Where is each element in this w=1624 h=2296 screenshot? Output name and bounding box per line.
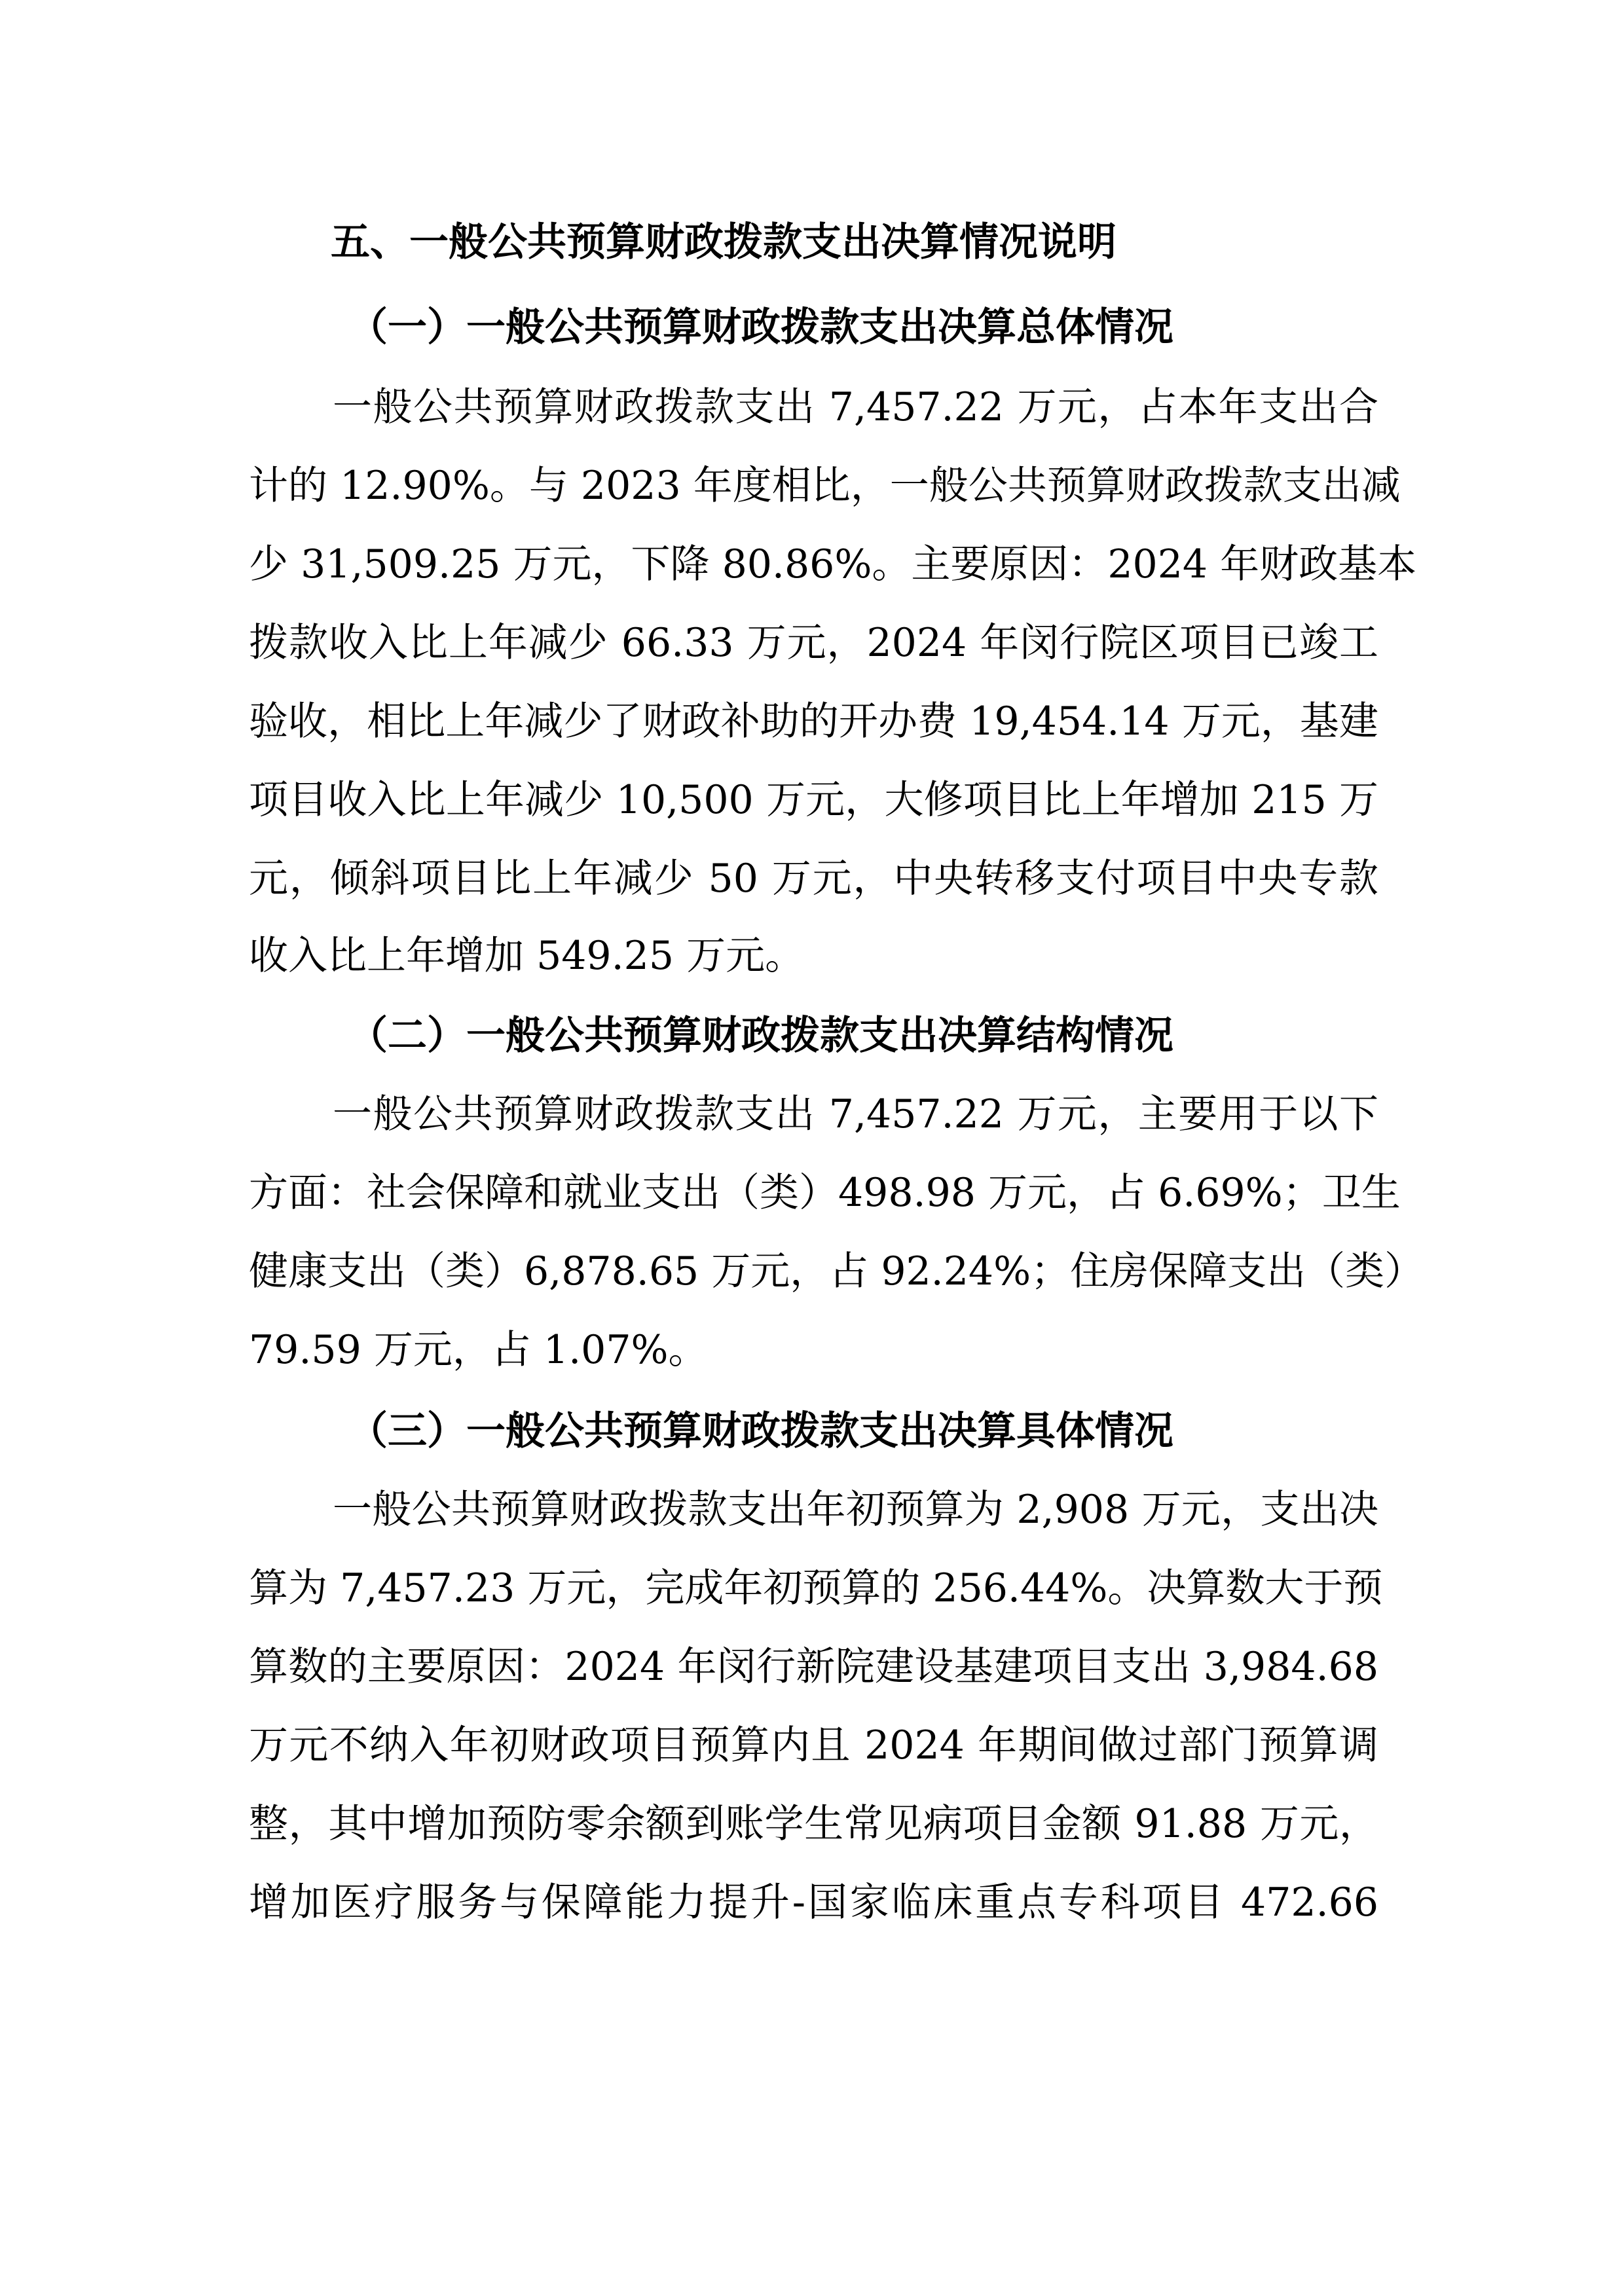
paragraph-line: 一般公共预算财政拨款支出 7,457.22 万元，主要用于以下 (333, 1088, 1378, 1140)
paragraph-line: 万元不纳入年初财政项目预算内且 2024 年期间做过部门预算调 (249, 1719, 1378, 1772)
paragraph-line: 方面：社会保障和就业支出（类）498.98 万元，占 6.69%；卫生 (249, 1167, 1378, 1219)
paragraph-line: 一般公共预算财政拨款支出 7,457.22 万元，占本年支出合 (333, 381, 1378, 433)
paragraph-line: 整，其中增加预防零余额到账学生常见病项目金额 91.88 万元， (249, 1798, 1378, 1850)
paragraph-line: 增加医疗服务与保障能力提升-国家临床重点专科项目 472.66 (249, 1876, 1378, 1929)
paragraph-line: 健康支出（类）6,878.65 万元，占 92.24%；住房保障支出（类） (249, 1245, 1378, 1298)
paragraph-line: 算为 7,457.23 万元，完成年初预算的 256.44%。决算数大于预 (249, 1562, 1378, 1614)
subsection-title-2: （二）一般公共预算财政拨款支出决算结构情况 (348, 1010, 1173, 1062)
paragraph-line: 79.59 万元，占 1.07%。 (249, 1324, 1378, 1376)
paragraph-line: 拨款收入比上年减少 66.33 万元，2024 年闵行院区项目已竣工 (249, 617, 1378, 669)
paragraph-line: 收入比上年增加 549.25 万元。 (249, 930, 1378, 982)
paragraph-line: 元，倾斜项目比上年减少 50 万元，中央转移支付项目中央专款 (249, 852, 1378, 905)
paragraph-line: 算数的主要原因：2024 年闵行新院建设基建项目支出 3,984.68 (249, 1641, 1378, 1693)
subsection-title-3: （三）一般公共预算财政拨款支出决算具体情况 (348, 1405, 1173, 1457)
paragraph-line: 项目收入比上年减少 10,500 万元，大修项目比上年增加 215 万 (249, 774, 1378, 826)
section-title: 五、一般公共预算财政拨款支出决算情况说明 (331, 216, 1116, 268)
subsection-title-1: （一）一般公共预算财政拨款支出决算总体情况 (348, 301, 1173, 354)
paragraph-line: 一般公共预算财政拨款支出年初预算为 2,908 万元，支出决 (333, 1484, 1378, 1536)
paragraph-line: 少 31,509.25 万元，下降 80.86%。主要原因：2024 年财政基本 (249, 538, 1378, 591)
paragraph-line: 验收，相比上年减少了财政补助的开办费 19,454.14 万元，基建 (249, 695, 1378, 748)
document-page: 五、一般公共预算财政拨款支出决算情况说明 （一）一般公共预算财政拨款支出决算总体… (0, 0, 1624, 2296)
paragraph-line: 计的 12.90%。与 2023 年度相比，一般公共预算财政拨款支出减 (249, 460, 1378, 512)
